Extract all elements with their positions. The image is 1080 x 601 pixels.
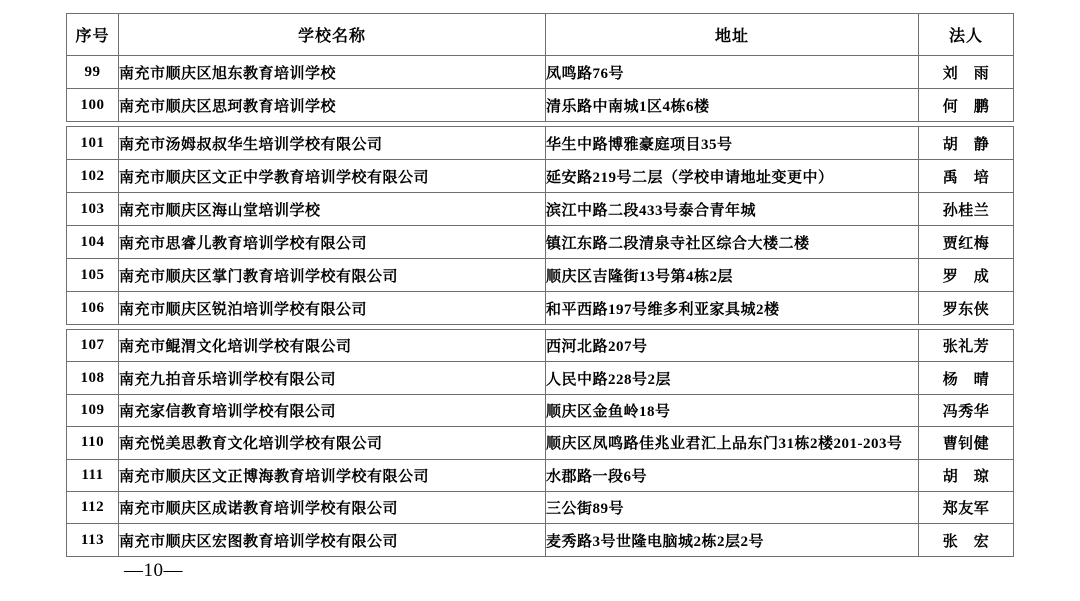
cell-school-name: 南充市顺庆区旭东教育培训学校 <box>119 56 546 89</box>
cell-legal-person: 冯秀华 <box>919 394 1014 426</box>
cell-serial: 111 <box>67 459 119 491</box>
school-table-section-3: 107南充市鲲渭文化培训学校有限公司西河北路207号张礼芳108南充九拍音乐培训… <box>66 329 1014 557</box>
cell-legal-person: 张礼芳 <box>919 330 1014 362</box>
cell-legal-person: 罗 成 <box>919 259 1014 292</box>
cell-legal-person: 禹 培 <box>919 160 1014 193</box>
column-header-school-name: 学校名称 <box>119 14 546 56</box>
table-row: 105南充市顺庆区掌门教育培训学校有限公司顺庆区吉隆街13号第4栋2层罗 成 <box>67 259 1014 292</box>
school-table-section-2: 101南充市汤姆叔叔华生培训学校有限公司华生中路博雅豪庭项目35号胡 静102南… <box>66 126 1014 325</box>
cell-school-name: 南充悦美思教育文化培训学校有限公司 <box>119 427 546 459</box>
cell-school-name: 南充家信教育培训学校有限公司 <box>119 394 546 426</box>
column-header-address: 地址 <box>546 14 919 56</box>
table-row: 113南充市顺庆区宏图教育培训学校有限公司麦秀路3号世隆电脑城2栋2层2号张 宏 <box>67 524 1014 556</box>
cell-school-name: 南充市顺庆区成诺教育培训学校有限公司 <box>119 491 546 523</box>
cell-address: 顺庆区吉隆街13号第4栋2层 <box>546 259 919 292</box>
school-table-header-section: 序号 学校名称 地址 法人 99南充市顺庆区旭东教育培训学校凤鸣路76号刘 雨1… <box>66 13 1014 122</box>
cell-serial: 104 <box>67 226 119 259</box>
cell-serial: 106 <box>67 292 119 325</box>
table-row: 99南充市顺庆区旭东教育培训学校凤鸣路76号刘 雨 <box>67 56 1014 89</box>
cell-serial: 102 <box>67 160 119 193</box>
table-row: 102南充市顺庆区文正中学教育培训学校有限公司延安路219号二层（学校申请地址变… <box>67 160 1014 193</box>
table-row: 101南充市汤姆叔叔华生培训学校有限公司华生中路博雅豪庭项目35号胡 静 <box>67 127 1014 160</box>
cell-serial: 112 <box>67 491 119 523</box>
table-row: 107南充市鲲渭文化培训学校有限公司西河北路207号张礼芳 <box>67 330 1014 362</box>
cell-address: 顺庆区凤鸣路佳兆业君汇上品东门31栋2楼201-203号 <box>546 427 919 459</box>
cell-address: 滨江中路二段433号泰合青年城 <box>546 193 919 226</box>
cell-serial: 110 <box>67 427 119 459</box>
table-row: 108南充九拍音乐培训学校有限公司人民中路228号2层杨 晴 <box>67 362 1014 394</box>
cell-address: 三公街89号 <box>546 491 919 523</box>
cell-address: 华生中路博雅豪庭项目35号 <box>546 127 919 160</box>
school-table-area: 序号 学校名称 地址 法人 99南充市顺庆区旭东教育培训学校凤鸣路76号刘 雨1… <box>66 13 1013 557</box>
cell-serial: 113 <box>67 524 119 556</box>
cell-serial: 105 <box>67 259 119 292</box>
cell-address: 水郡路一段6号 <box>546 459 919 491</box>
cell-address: 麦秀路3号世隆电脑城2栋2层2号 <box>546 524 919 556</box>
cell-legal-person: 孙桂兰 <box>919 193 1014 226</box>
cell-legal-person: 曹钊健 <box>919 427 1014 459</box>
cell-serial: 108 <box>67 362 119 394</box>
cell-school-name: 南充市顺庆区文正博海教育培训学校有限公司 <box>119 459 546 491</box>
cell-serial: 100 <box>67 89 119 122</box>
document-page: 序号 学校名称 地址 法人 99南充市顺庆区旭东教育培训学校凤鸣路76号刘 雨1… <box>0 0 1080 601</box>
cell-legal-person: 张 宏 <box>919 524 1014 556</box>
cell-address: 镇江东路二段清泉寺社区综合大楼二楼 <box>546 226 919 259</box>
cell-school-name: 南充市顺庆区宏图教育培训学校有限公司 <box>119 524 546 556</box>
cell-school-name: 南充市顺庆区文正中学教育培训学校有限公司 <box>119 160 546 193</box>
table-row: 106南充市顺庆区锐泊培训学校有限公司和平西路197号维多利亚家具城2楼罗东侠 <box>67 292 1014 325</box>
cell-serial: 101 <box>67 127 119 160</box>
table-row: 110南充悦美思教育文化培训学校有限公司顺庆区凤鸣路佳兆业君汇上品东门31栋2楼… <box>67 427 1014 459</box>
cell-serial: 109 <box>67 394 119 426</box>
cell-address: 顺庆区金鱼岭18号 <box>546 394 919 426</box>
cell-address: 和平西路197号维多利亚家具城2楼 <box>546 292 919 325</box>
cell-school-name: 南充市顺庆区思珂教育培训学校 <box>119 89 546 122</box>
table-header-row: 序号 学校名称 地址 法人 <box>67 14 1014 56</box>
cell-serial: 107 <box>67 330 119 362</box>
cell-school-name: 南充市顺庆区锐泊培训学校有限公司 <box>119 292 546 325</box>
cell-legal-person: 罗东侠 <box>919 292 1014 325</box>
cell-school-name: 南充市思睿儿教育培训学校有限公司 <box>119 226 546 259</box>
cell-school-name: 南充市汤姆叔叔华生培训学校有限公司 <box>119 127 546 160</box>
cell-address: 西河北路207号 <box>546 330 919 362</box>
cell-legal-person: 何 鹏 <box>919 89 1014 122</box>
cell-school-name: 南充市顺庆区掌门教育培训学校有限公司 <box>119 259 546 292</box>
cell-legal-person: 胡 琼 <box>919 459 1014 491</box>
cell-school-name: 南充九拍音乐培训学校有限公司 <box>119 362 546 394</box>
column-header-legal-person: 法人 <box>919 14 1014 56</box>
table-row: 109南充家信教育培训学校有限公司顺庆区金鱼岭18号冯秀华 <box>67 394 1014 426</box>
cell-legal-person: 杨 晴 <box>919 362 1014 394</box>
table-row: 111南充市顺庆区文正博海教育培训学校有限公司水郡路一段6号胡 琼 <box>67 459 1014 491</box>
column-header-serial: 序号 <box>67 14 119 56</box>
cell-address: 清乐路中南城1区4栋6楼 <box>546 89 919 122</box>
cell-address: 人民中路228号2层 <box>546 362 919 394</box>
cell-legal-person: 胡 静 <box>919 127 1014 160</box>
table-row: 103南充市顺庆区海山堂培训学校滨江中路二段433号泰合青年城孙桂兰 <box>67 193 1014 226</box>
cell-address: 延安路219号二层（学校申请地址变更中） <box>546 160 919 193</box>
cell-school-name: 南充市顺庆区海山堂培训学校 <box>119 193 546 226</box>
table-row: 100南充市顺庆区思珂教育培训学校清乐路中南城1区4栋6楼何 鹏 <box>67 89 1014 122</box>
cell-legal-person: 郑友军 <box>919 491 1014 523</box>
cell-serial: 99 <box>67 56 119 89</box>
cell-legal-person: 刘 雨 <box>919 56 1014 89</box>
table-row: 104南充市思睿儿教育培训学校有限公司镇江东路二段清泉寺社区综合大楼二楼贾红梅 <box>67 226 1014 259</box>
page-number: —10— <box>124 560 183 582</box>
table-row: 112南充市顺庆区成诺教育培训学校有限公司三公街89号郑友军 <box>67 491 1014 523</box>
cell-serial: 103 <box>67 193 119 226</box>
cell-school-name: 南充市鲲渭文化培训学校有限公司 <box>119 330 546 362</box>
cell-address: 凤鸣路76号 <box>546 56 919 89</box>
cell-legal-person: 贾红梅 <box>919 226 1014 259</box>
